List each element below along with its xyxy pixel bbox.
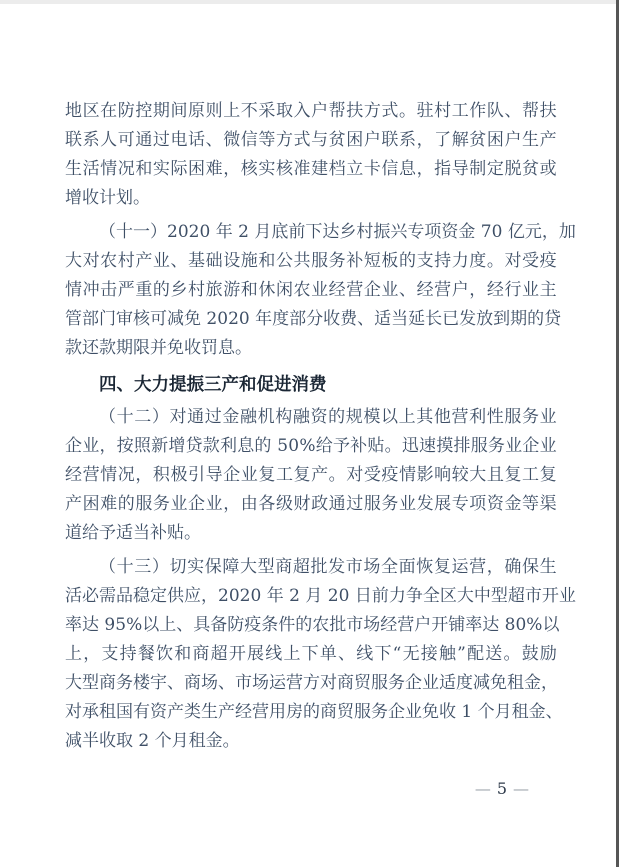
text-line: 大型商务楼宇、商场、市场运营方对商贸服务企业适度减免租金， [65, 669, 557, 698]
page-number-dash-left: — [475, 779, 491, 798]
page-top-edge [0, 0, 619, 4]
text-line: 生活情况和实际困难，核实核准建档立卡信息，指导制定脱贫或 [65, 155, 557, 184]
paragraph-item-11: （十一）2020 年 2 月底前下达乡村振兴专项资金 70 亿元，加 大对农村产… [65, 218, 557, 363]
text-line: 联系人可通过电话、微信等方式与贫困户联系，了解贫困户生产 [65, 126, 557, 155]
page-number: 5 [497, 779, 507, 798]
text-line: 减半收取 2 个月租金。 [65, 727, 557, 756]
text-line: 道给予适当补贴。 [65, 519, 557, 548]
text-line: 款还款期限并免收罚息。 [65, 334, 557, 363]
text-line: 经营情况，积极引导企业复工复产。对受疫情影响较大且复工复 [65, 461, 557, 490]
text-line: 活必需品稳定供应，2020 年 2 月 20 日前力争全区大中型超市开业 [65, 582, 557, 611]
text-line: 大对农村产业、基础设施和公共服务补短板的支持力度。对受疫 [65, 247, 557, 276]
paragraph-continuation: 地区在防控期间原则上不采取入户帮扶方式。驻村工作队、帮扶 联系人可通过电话、微信… [65, 97, 557, 213]
text-line: 地区在防控期间原则上不采取入户帮扶方式。驻村工作队、帮扶 [65, 97, 557, 126]
section-heading-4: 四、大力提振三产和促进消费 [65, 371, 557, 400]
text-line: 率达 95%以上、具备防疫条件的农批市场经营户开铺率达 80%以 [65, 611, 557, 640]
text-line: 企业，按照新增贷款利息的 50%给予补贴。迅速摸排服务业企业 [65, 432, 557, 461]
text-line: 情冲击严重的乡村旅游和休闲农业经营企业、经营户，经行业主 [65, 276, 557, 305]
text-line: （十三）切实保障大型商超批发市场全面恢复运营，确保生 [65, 553, 557, 582]
text-line: 管部门审核可减免 2020 年度部分收费、适当延长已发放到期的贷 [65, 305, 557, 334]
paragraph-item-12: （十二）对通过金融机构融资的规模以上其他营利性服务业 企业，按照新增贷款利息的 … [65, 403, 557, 548]
text-line: （十一）2020 年 2 月底前下达乡村振兴专项资金 70 亿元，加 [65, 218, 557, 247]
paragraph-item-13: （十三）切实保障大型商超批发市场全面恢复运营，确保生 活必需品稳定供应，2020… [65, 553, 557, 756]
text-line: 产困难的服务业企业，由各级财政通过服务业发展专项资金等渠 [65, 490, 557, 519]
text-line: （十二）对通过金融机构融资的规模以上其他营利性服务业 [65, 403, 557, 432]
text-line: 上，支持餐饮和商超开展线上下单、线下“无接触”配送。鼓励 [65, 640, 557, 669]
page-footer: —5— [65, 780, 529, 798]
text-line: 对承租国有资产类生产经营用房的商贸服务企业免收 1 个月租金、 [65, 698, 557, 727]
page-number-dash-right: — [513, 779, 529, 798]
text-line: 增收计划。 [65, 184, 557, 213]
document-content: 地区在防控期间原则上不采取入户帮扶方式。驻村工作队、帮扶 联系人可通过电话、微信… [65, 97, 557, 761]
